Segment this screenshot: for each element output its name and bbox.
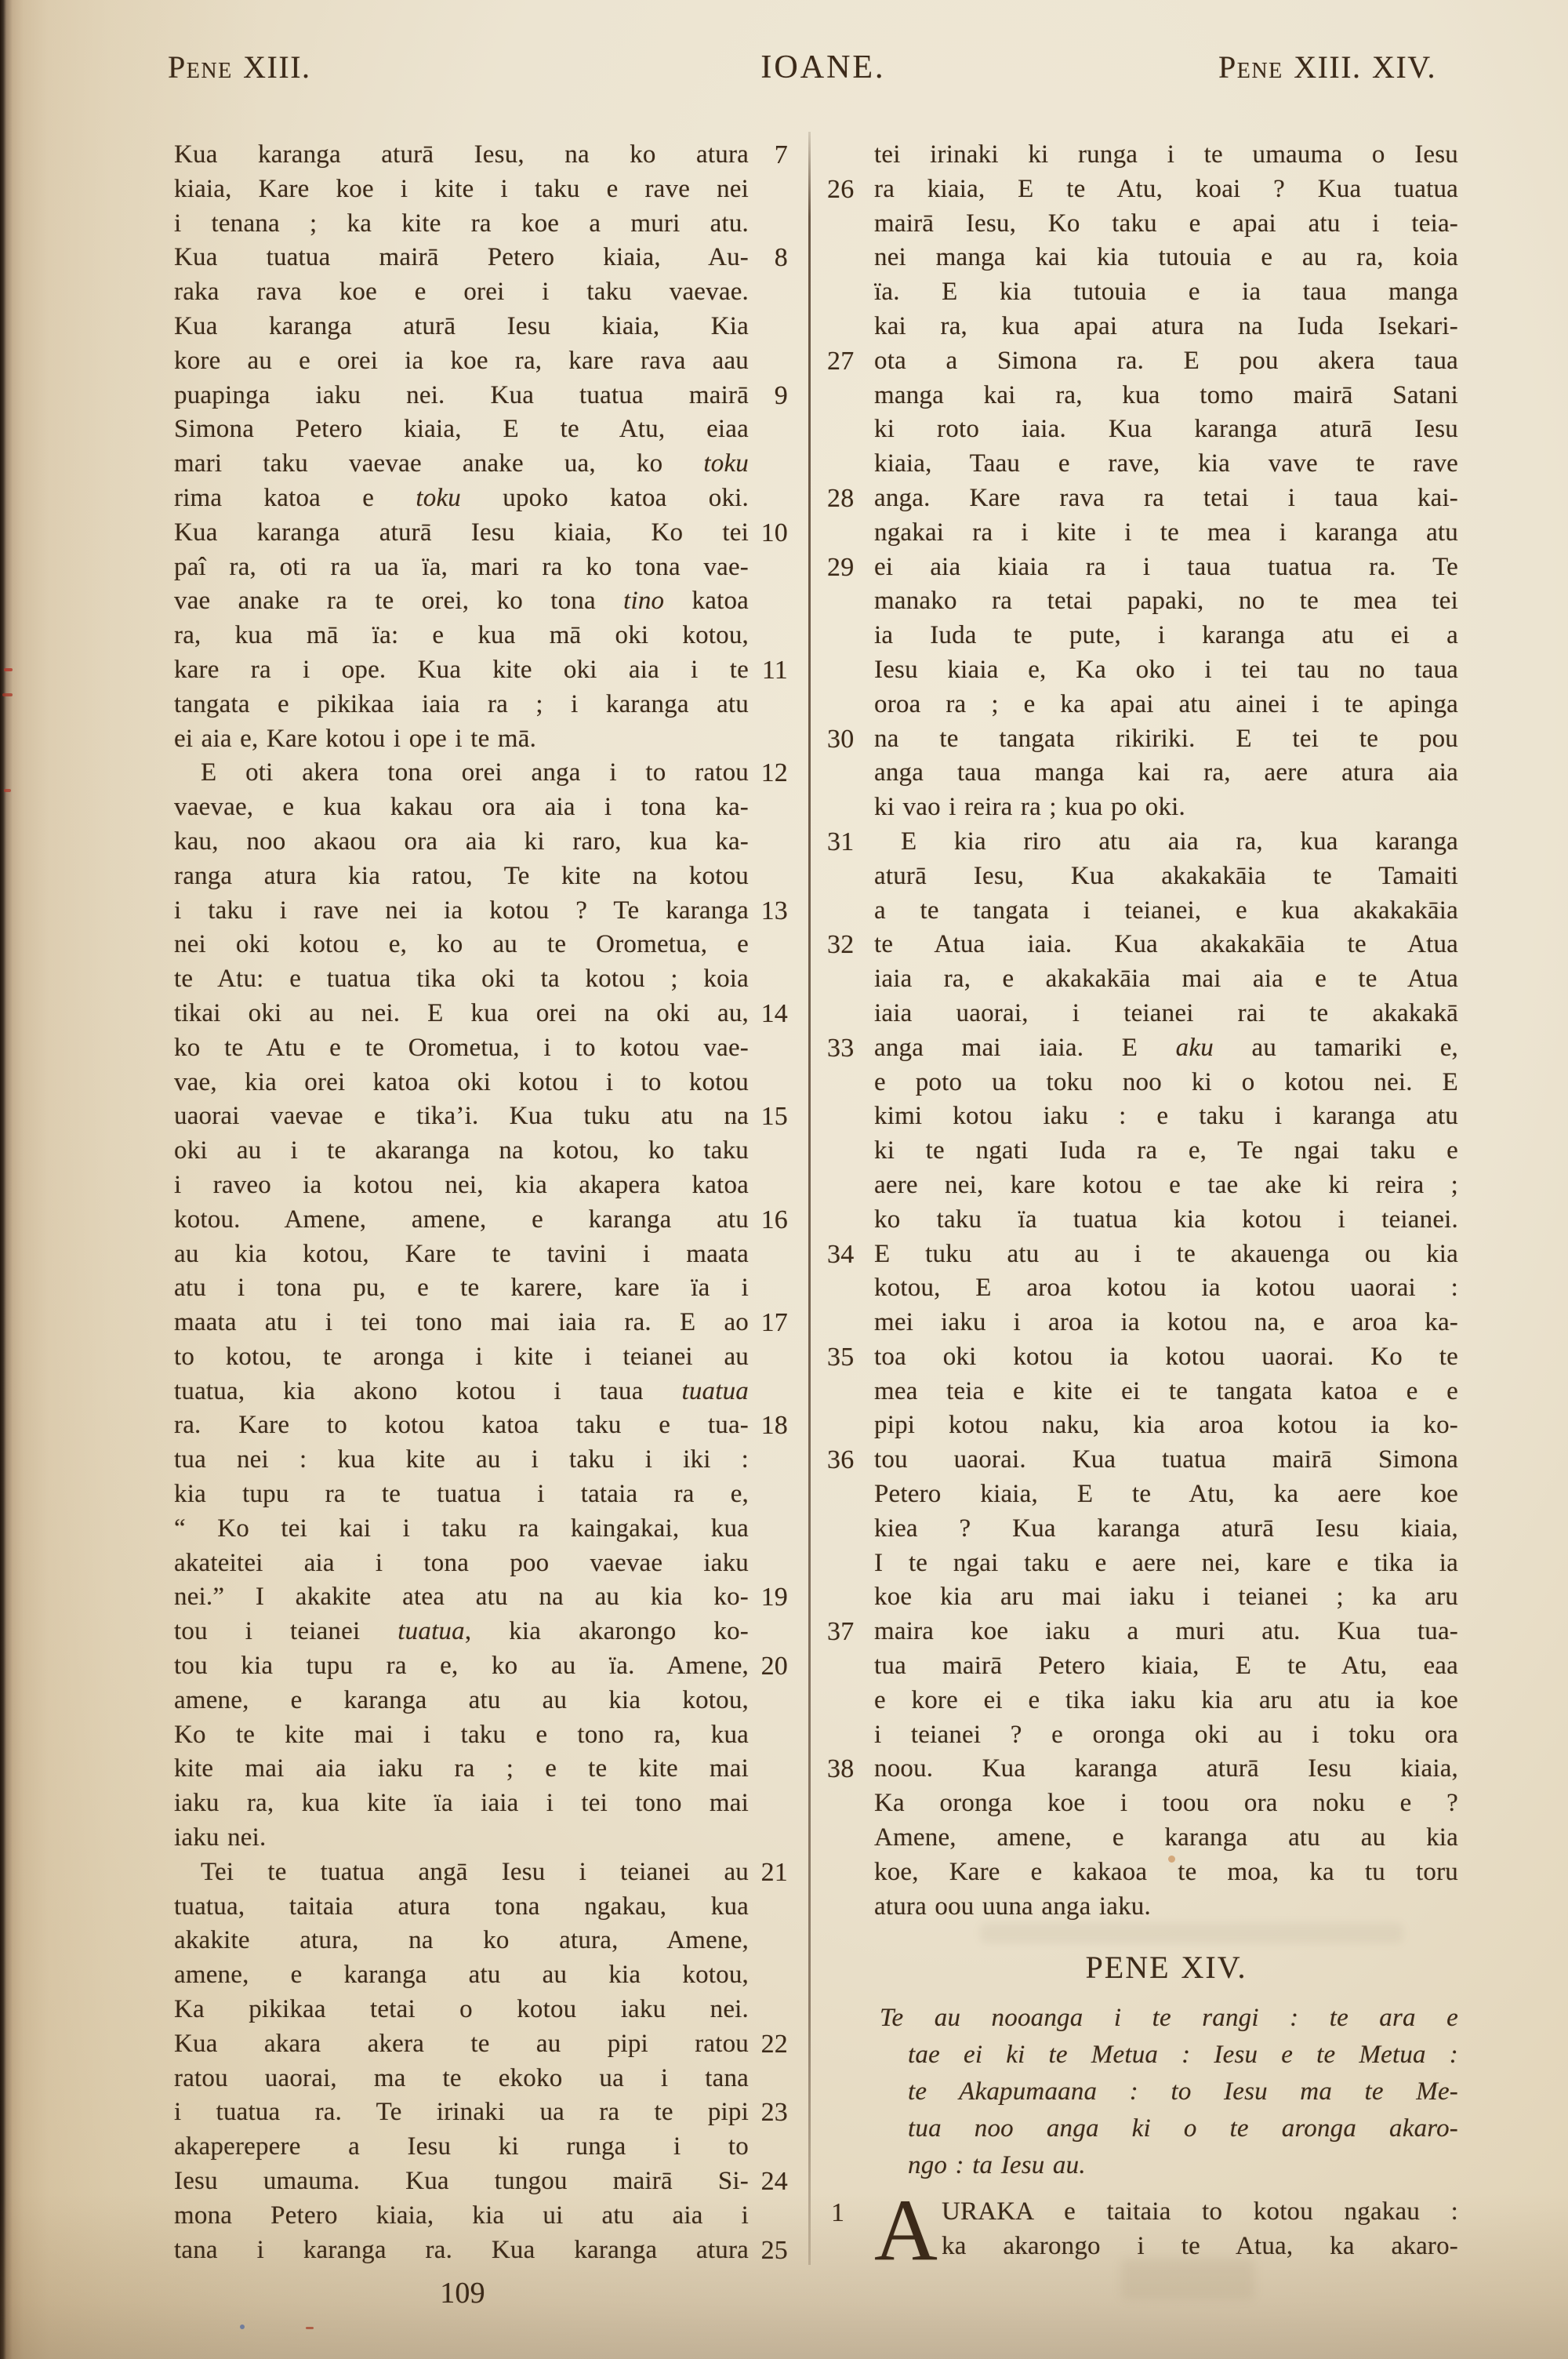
verse-text: te Atu: e tuatua tika oki ta kotou ; koi… [174,962,749,997]
verse-text: mei iaku i aroa ia kotou na, e aroa ka- [874,1306,1458,1340]
verse-line: ki te ngati Iuda ra e, Te ngai taku e [874,1134,1458,1169]
drop-cap: A [874,2197,934,2263]
verse-text: ota a Simona ra. E pou akera taua [874,344,1458,379]
verse-number: 26 [827,173,870,207]
verse-text: manga kai ra, kua tomo mairā Satani [874,379,1458,413]
verse-line: kore au e orei ia koe ra, kare rava aau [174,344,749,379]
verse-text: ki vao i reira ra ; kua po oki. [874,791,1458,825]
verse-text: nei oki kotou e, ko au te Orometua, e [174,928,749,962]
verse-text: ko taku ïa tuatua kia kotou i teianei. [874,1203,1458,1238]
verse-number: 22 [749,2027,788,2062]
verse-text: Tei te tuatua angā Iesu i teianei au [174,1856,749,1890]
verse-line: mea teia e kite ei te tangata katoa e e [874,1375,1458,1409]
page-number: 109 [416,2276,510,2310]
verse-line: “ Ko tei kai i taku ra kaingakai, kua [174,1512,749,1547]
summary-line: tae ei ki te Metua : Iesu e te Metua : [880,2037,1458,2074]
summary-line: te Akapumaana : to Iesu ma te Me- [880,2074,1458,2110]
verse-line: koe, Kare e kakaoa te moa, ka tu toru [874,1856,1458,1890]
verse-text: te Atua iaia. Kua akakakāia te Atua [874,928,1458,962]
verse-line: ki vao i reira ra ; kua po oki. [874,791,1458,825]
verse-text: Kua karanga aturā Iesu kiaia, Kia [174,310,749,344]
verse-line: kiaia, Taau e rave, kia vave te rave [874,447,1458,482]
summary-line: tua noo anga ki o te aronga akaro- [880,2110,1458,2147]
verse-line: i tuatua ra. Te irinaki ua ra te pipi23 [174,2095,749,2130]
verse-number: 37 [827,1615,870,1649]
bleed-through-ghost [1121,2259,1254,2299]
verse-number: 23 [749,2095,788,2130]
verse-text: E tuku atu au i te akauenga ou kia [874,1238,1458,1272]
verse-text: iaia ra, e akakakāia mai aia e te Atua [874,962,1458,997]
verse-text: ko te Atu e te Orometua, i to kotou vae- [174,1031,749,1066]
verse-text: nei manga kai kia tutouia e au ra, koia [874,241,1458,275]
verse-text: atu i tona pu, e te karere, kare ïa i [174,1271,749,1306]
verse-number: 30 [827,722,870,757]
verse-text: anga taua manga kai ra, aere atura aia [874,756,1458,791]
verse-number: 19 [749,1580,788,1615]
chapter-heading: PENE XIV. [874,1949,1458,1986]
verse-line: I te ngai taku e aere nei, kare e tika i… [874,1547,1458,1581]
verse-text: atura oou uuna anga iaku. [874,1890,1458,1925]
verse-line: kiea ? Kua karanga aturā Iesu kiaia, [874,1512,1458,1547]
verse-text: na te tangata rikiriki. E tei te pou [874,722,1458,757]
verse-line: iaku ra, kua kite ïa iaia i tei tono mai [174,1787,749,1821]
verse-line: rima katoa e toku upoko katoa oki. [174,482,749,516]
verse-line: akakite atura, na ko atura, Amene, [174,1924,749,1958]
verse-text: ngakai ra i kite i te mea i karanga atu [874,516,1458,551]
verse-text: Iesu kiaia e, Ka oko i tei tau no taua [874,653,1458,688]
verse-number: 12 [749,756,788,791]
verse-line: E oti akera tona orei anga i to ratou12 [174,756,749,791]
verse-line: tou uaorai. Kua tuatua mairā Simona36 [874,1443,1458,1478]
verse-line: kotou, E aroa kotou ia kotou uaorai : [874,1271,1458,1306]
verse-line: amene, e karanga atu au kia kotou, [174,1958,749,1993]
verse-text: noou. Kua karanga aturā Iesu kiaia, [874,1752,1458,1787]
verse-number: 11 [749,653,788,688]
verse-line: akateitei aia i tona poo vaevae iaku [174,1547,749,1581]
verse-text: koe kia aru mai iaku i teianei ; ka aru [874,1580,1458,1615]
verse-text: oroa ra ; e ka apai atu ainei i te aping… [874,688,1458,722]
verse-text: kau, noo akaou ora aia ki raro, kua ka- [174,825,749,860]
verse-line: iaia uaorai, i teianei rai te akakakā [874,997,1458,1031]
verse-line: ïa. E kia tutouia e ia taua manga [874,275,1458,310]
verse-line: aturā Iesu, Kua akakakāia te Tamaiti [874,860,1458,894]
verse-text: anga. Kare rava ra tetai i taua kai- [874,482,1458,516]
verse-line: oroa ra ; e ka apai atu ainei i te aping… [874,688,1458,722]
verse-number: 7 [749,138,788,173]
verse-text: E kia riro atu aia ra, kua karanga [874,825,1458,860]
verse-number: 17 [749,1306,788,1340]
left-text-column: Kua karanga aturā Iesu, na ko atura7kiai… [174,138,749,2267]
verse-line: anga taua manga kai ra, aere atura aia [874,756,1458,791]
verse-text: oki au i te akaranga na kotou, ko taku [174,1134,749,1169]
verse-line: atura oou uuna anga iaku. [874,1890,1458,1925]
verse-text: tana i karanga ra. Kua karanga atura [174,2234,749,2268]
verse-line: i tenana ; ka kite ra koe a muri atu. [174,207,749,242]
verse-text: tuatua, kia akono kotou i taua tuatua [174,1375,749,1409]
verse-line: Ka pikikaa tetai o kotou iaku nei. [174,1993,749,2027]
verse-line: anga. Kare rava ra tetai i taua kai-28 [874,482,1458,516]
verse-number: 1 [831,2196,844,2230]
verse-text: iaia uaorai, i teianei rai te akakakā [874,997,1458,1031]
red-edge-mark [4,668,13,671]
verse-line: ko te Atu e te Orometua, i to kotou vae- [174,1031,749,1066]
verse-line: ia Iuda te pute, i karanga atu ei a [874,619,1458,653]
verse-line: iaku nei. [174,1821,749,1856]
verse-number: 38 [827,1752,870,1787]
red-edge-mark [4,789,11,792]
verse-text: au kia kotou, Kare te tavini i maata [174,1238,749,1272]
verse-text: ki te ngati Iuda ra e, Te ngai taku e [874,1134,1458,1169]
verse-text: e poto ua toku noo ki o kotou nei. E [874,1066,1458,1100]
verse-text: “ Ko tei kai i taku ra kaingakai, kua [174,1512,749,1547]
verse-line: na te tangata rikiriki. E tei te pou30 [874,722,1458,757]
verse-line: ranga atura kia ratou, Te kite na kotou [174,860,749,894]
verse-line: oki au i te akaranga na kotou, ko taku [174,1134,749,1169]
verse-line: vae, kia orei katoa oki kotou i to kotou [174,1066,749,1100]
verse-line: maira koe iaku a muri atu. Kua tua-37 [874,1615,1458,1649]
verse-number: 8 [749,241,788,275]
verse-number: 25 [749,2234,788,2268]
verse-line: ko taku ïa tuatua kia kotou i teianei. [874,1203,1458,1238]
verse-text: anga mai iaia. E aku au tamariki e, [874,1031,1458,1066]
verse-line: koe kia aru mai iaku i teianei ; ka aru [874,1580,1458,1615]
verse-text: mairā Iesu, Ko taku e apai atu i teia- [874,207,1458,242]
verse-number: 21 [749,1856,788,1890]
verse-text: tei irinaki ki runga i te umauma o Iesu [874,138,1458,173]
verse-line: uaorai vaevae e tika’i. Kua tuku atu na1… [174,1100,749,1134]
verse-text: i taku i rave nei ia kotou ? Te karanga [174,894,749,929]
verse-line: kimi kotou iaku : e taku i karanga atu [874,1100,1458,1134]
verse-text: URAKA e taitaia to kotou ngakau : [942,2194,1458,2229]
verse-line: Tei te tuatua angā Iesu i teianei au21 [174,1856,749,1890]
verse-line: puapinga iaku nei. Kua tuatua mairā9 [174,379,749,413]
verse-line: vae anake ra te orei, ko tona tino katoa [174,584,749,619]
verse-number: 20 [749,1649,788,1684]
verse-line: ei aia kiaia ra i taua tuatua ra. Te29 [874,551,1458,585]
verse-line: tangata e pikikaa iaia ra ; i karanga at… [174,688,749,722]
verse-line: tuatua, taitaia atura tona ngakau, kua [174,1890,749,1925]
verse-line: i taku i rave nei ia kotou ? Te karanga1… [174,894,749,929]
verse-text: Kua karanga aturā Iesu kiaia, Ko tei [174,516,749,551]
verse-line: kai ra, kua apai atura na Iuda Isekari- [874,310,1458,344]
ink-speck [240,2324,245,2329]
verse-text: akakite atura, na ko atura, Amene, [174,1924,749,1958]
verse-text: Iesu umauma. Kua tungou mairā Si- [174,2165,749,2199]
verse-text: Simona Petero kiaia, E te Atu, eiaa [174,413,749,447]
verse-line: E kia riro atu aia ra, kua karanga31 [874,825,1458,860]
verse-text: Petero kiaia, E te Atu, ka aere koe [874,1478,1458,1512]
verse-line: Kua akara akera te au pipi ratou22 [174,2027,749,2062]
verse-line: ei aia e, Kare kotou i ope i te mā. [174,722,749,757]
verse-line: to kotou, te aronga i kite i teianei au [174,1340,749,1375]
verse-line: kia tupu ra te tuatua i tataia ra e, [174,1478,749,1512]
verse-text: Kua tuatua mairā Petero kiaia, Au- [174,241,749,275]
verse-line: ra, kua mā ïa: e kua mā oki kotou, [174,619,749,653]
verse-line: Kua tuatua mairā Petero kiaia, Au-8 [174,241,749,275]
verse-line: paî ra, oti ra ua ïa, mari ra ko tona va… [174,551,749,585]
verse-line: amene, e karanga atu au kia kotou, [174,1684,749,1718]
verse-text: vaevae, e kua kakau ora aia i tona ka- [174,791,749,825]
verse-line: ra kiaia, E te Atu, koai ? Kua tuatua26 [874,173,1458,207]
verse-line: Ko te kite mai i taku e tono ra, kua [174,1718,749,1753]
verse-line: te Atu: e tuatua tika oki ta kotou ; koi… [174,962,749,997]
verse-line: Iesu kiaia e, Ka oko i tei tau no taua [874,653,1458,688]
verse-number: 18 [749,1408,788,1443]
verse-text: i raveo ia kotou nei, kia akapera katoa [174,1169,749,1203]
verse-text: kite mai aia iaku ra ; e te kite mai [174,1752,749,1787]
summary-line: Te au nooanga i te rangi : te ara e [880,2000,1458,2037]
verse-line: E tuku atu au i te akauenga ou kia34 [874,1238,1458,1272]
summary-line: ngo : ta Iesu au. [880,2147,1458,2184]
verse-line: tua mairā Petero kiaia, E te Atu, eaa [874,1649,1458,1684]
verse-number: 33 [827,1031,870,1066]
verse-text: Ka pikikaa tetai o kotou iaku nei. [174,1993,749,2027]
verse-line: tua nei : kua kite au i taku i iki : [174,1443,749,1478]
verse-text: tangata e pikikaa iaia ra ; i karanga at… [174,688,749,722]
verse-text: amene, e karanga atu au kia kotou, [174,1684,749,1718]
verse-number: 31 [827,825,870,860]
verse-line: ratou uaorai, ma te ekoko ua i tana [174,2062,749,2096]
verse-text: Kua akara akera te au pipi ratou [174,2027,749,2062]
header-chapter-left: Pene XIII. [168,49,311,85]
verse-number: 10 [749,516,788,551]
verse-text: e kore ei e tika iaku kia aru atu ia koe [874,1684,1458,1718]
verse-text: uaorai vaevae e tika’i. Kua tuku atu na [174,1100,749,1134]
header-book-title: IOANE. [706,49,941,86]
verse-text: tua mairā Petero kiaia, E te Atu, eaa [874,1649,1458,1684]
verse-line: Iesu umauma. Kua tungou mairā Si-24 [174,2165,749,2199]
verse-text: kotou, E aroa kotou ia kotou uaorai : [874,1271,1458,1306]
verse-line: tou i teianei tuatua, kia akarongo ko- [174,1615,749,1649]
verse-line: mei iaku i aroa ia kotou na, e aroa ka- [874,1306,1458,1340]
verse-line: kare ra i ope. Kua kite oki aia i te11 [174,653,749,688]
verse-line: vaevae, e kua kakau ora aia i tona ka- [174,791,749,825]
verse-text: aturā Iesu, Kua akakakāia te Tamaiti [874,860,1458,894]
verse-line: mairā Iesu, Ko taku e apai atu i teia- [874,207,1458,242]
verse-line: nei.” I akakite atea atu na au kia ko-19 [174,1580,749,1615]
verse-line: kiaia, Kare koe i kite i taku e rave nei [174,173,749,207]
verse-text: kia tupu ra te tuatua i tataia ra e, [174,1478,749,1512]
chapter-summary: Te au nooanga i te rangi : te ara etae e… [880,2000,1458,2184]
verse-text: kiea ? Kua karanga aturā Iesu kiaia, [874,1512,1458,1547]
verse-line: Petero kiaia, E te Atu, ka aere koe [874,1478,1458,1512]
verse-text: tou uaorai. Kua tuatua mairā Simona [874,1443,1458,1478]
ink-speck [306,2327,314,2329]
verse-text: ei aia kiaia ra i taua tuatua ra. Te [874,551,1458,585]
verse-line: tei irinaki ki runga i te umauma o Iesu [874,138,1458,173]
verse-text: tuatua, taitaia atura tona ngakau, kua [174,1890,749,1925]
verse-text: tou i teianei tuatua, kia akarongo ko- [174,1615,749,1649]
verse-number: 34 [827,1238,870,1272]
verse-text: ei aia e, Kare kotou i ope i te mā. [174,722,749,757]
verse-number: 14 [749,997,788,1031]
verse-number: 24 [749,2165,788,2199]
verse-text: ra kiaia, E te Atu, koai ? Kua tuatua [874,173,1458,207]
verse-line: ota a Simona ra. E pou akera taua27 [874,344,1458,379]
verse-text: vae, kia orei katoa oki kotou i to kotou [174,1066,749,1100]
paper-stain [1168,1856,1175,1863]
verse-text: kotou. Amene, amene, e karanga atu [174,1203,749,1238]
verse-text: to kotou, te aronga i kite i teianei au [174,1340,749,1375]
verse-line: maata atu i tei tono mai iaia ra. E ao17 [174,1306,749,1340]
verse-line: raka rava koe e orei i taku vaevae. [174,275,749,310]
verse-text: toa oki kotou ia kotou uaorai. Ko te [874,1340,1458,1375]
verse-text: Ka oronga koe i toou ora noku e ? [874,1787,1458,1821]
column-divider-rule [808,132,811,2265]
verse-line: tuatua, kia akono kotou i taua tuatua [174,1375,749,1409]
verse-line: manako ra tetai papaki, no te mea tei [874,584,1458,619]
verse-line: noou. Kua karanga aturā Iesu kiaia,38 [874,1752,1458,1787]
verse-line: mona Petero kiaia, kia ui atu aia i [174,2199,749,2234]
verse-line: aere nei, kare kotou e tae ake ki reira … [874,1169,1458,1203]
verse-line: kau, noo akaou ora aia ki raro, kua ka- [174,825,749,860]
verse-line: e kore ei e tika iaku kia aru atu ia koe [874,1684,1458,1718]
verse-text: pipi kotou naku, kia aroa kotou ia ko- [874,1408,1458,1443]
book-page: Pene XIII. IOANE. Pene XIII. XIV. Kua ka… [0,0,1568,2359]
verse-text: i tuatua ra. Te irinaki ua ra te pipi [174,2095,749,2130]
verse-text: ïa. E kia tutouia e ia taua manga [874,275,1458,310]
verse-line: i teianei ? e oronga oki au i toku ora [874,1718,1458,1753]
verse-line: e poto ua toku noo ki o kotou nei. E [874,1066,1458,1100]
verse-line: iaia ra, e akakakāia mai aia e te Atua [874,962,1458,997]
verse-text: paî ra, oti ra ua ïa, mari ra ko tona va… [174,551,749,585]
verse-text: mari taku vaevae anake ua, ko toku [174,447,749,482]
verse-line: nei manga kai kia tutouia e au ra, koia [874,241,1458,275]
verse-text: tikai oki au nei. E kua orei na oki au, [174,997,749,1031]
verse-text: i teianei ? e oronga oki au i toku ora [874,1718,1458,1753]
verse-number: 27 [827,344,870,379]
verse-line: tikai oki au nei. E kua orei na oki au,1… [174,997,749,1031]
verse-line: Amene, amene, e karanga atu au kia [874,1821,1458,1856]
verse-line: akaperepere a Iesu ki runga i to [174,2130,749,2165]
verse-text: ra. Kare to kotou katoa taku e tua- [174,1408,749,1443]
verse-line: au kia kotou, Kare te tavini i maata [174,1238,749,1272]
verse-line: atu i tona pu, e te karere, kare ïa i [174,1271,749,1306]
verse-text: E oti akera tona orei anga i to ratou [174,756,749,791]
verse-text: tua nei : kua kite au i taku i iki : [174,1443,749,1478]
verse-text: koe, Kare e kakaoa te moa, ka tu toru [874,1856,1458,1890]
verse-text: manako ra tetai papaki, no te mea tei [874,584,1458,619]
verse-text: i tenana ; ka kite ra koe a muri atu. [174,207,749,242]
verse-text: vae anake ra te orei, ko tona tino katoa [174,584,749,619]
verse-number: 29 [827,551,870,585]
verse-text: puapinga iaku nei. Kua tuatua mairā [174,379,749,413]
verse-number: 9 [749,379,788,413]
verse-text: maata atu i tei tono mai iaia ra. E ao [174,1306,749,1340]
verse-line: anga mai iaia. E aku au tamariki e,33 [874,1031,1458,1066]
verse-line: nei oki kotou e, ko au te Orometua, e [174,928,749,962]
verse-text: maira koe iaku a muri atu. Kua tua- [874,1615,1458,1649]
verse-text: a te tangata i teianei, e kua akakakāia [874,894,1458,929]
verse-line: mari taku vaevae anake ua, ko toku [174,447,749,482]
right-text-column: tei irinaki ki runga i te umauma o Iesur… [874,138,1458,1924]
verse-line: kite mai aia iaku ra ; e te kite mai [174,1752,749,1787]
verse-text: kare ra i ope. Kua kite oki aia i te [174,653,749,688]
header-chapter-right: Pene XIII. XIV. [1098,49,1436,85]
verse-text: kore au e orei ia koe ra, kare rava aau [174,344,749,379]
verse-number: 16 [749,1203,788,1238]
verse-text: aere nei, kare kotou e tae ake ki reira … [874,1169,1458,1203]
verse-text: ranga atura kia ratou, Te kite na kotou [174,860,749,894]
verse-text: Ko te kite mai i taku e tono ra, kua [174,1718,749,1753]
verse-text: tou kia tupu ra e, ko au ïa. Amene, [174,1649,749,1684]
verse-number: 28 [827,482,870,516]
verse-text: ratou uaorai, ma te ekoko ua i tana [174,2062,749,2096]
verse-line: kotou. Amene, amene, e karanga atu16 [174,1203,749,1238]
verse-number: 35 [827,1340,870,1375]
verse-text: Kua karanga aturā Iesu, na ko atura [174,138,749,173]
verse-text: mona Petero kiaia, kia ui atu aia i [174,2199,749,2234]
verse-text: I te ngai taku e aere nei, kare e tika i… [874,1547,1458,1581]
verse-line: a te tangata i teianei, e kua akakakāia [874,894,1458,929]
verse-text: ra, kua mā ïa: e kua mā oki kotou, [174,619,749,653]
verse-text: kimi kotou iaku : e taku i karanga atu [874,1100,1458,1134]
verse-text: ia Iuda te pute, i karanga atu ei a [874,619,1458,653]
verse-number: 32 [827,928,870,962]
verse-line: Kua karanga aturā Iesu, na ko atura7 [174,138,749,173]
verse-line: Ka oronga koe i toou ora noku e ? [874,1787,1458,1821]
verse-line: ra. Kare to kotou katoa taku e tua-18 [174,1408,749,1443]
verse-text: Amene, amene, e karanga atu au kia [874,1821,1458,1856]
verse-text: akaperepere a Iesu ki runga i to [174,2130,749,2165]
red-edge-mark [2,693,13,696]
verse-line: manga kai ra, kua tomo mairā Satani [874,379,1458,413]
verse-text: amene, e karanga atu au kia kotou, [174,1958,749,1993]
verse-text: raka rava koe e orei i taku vaevae. [174,275,749,310]
verse-line: i raveo ia kotou nei, kia akapera katoa [174,1169,749,1203]
verse-line: toa oki kotou ia kotou uaorai. Ko te35 [874,1340,1458,1375]
verse-text: kiaia, Kare koe i kite i taku e rave nei [174,173,749,207]
verse-line: Kua karanga aturā Iesu kiaia, Ko tei10 [174,516,749,551]
verse-number: 36 [827,1443,870,1478]
verse-text: mea teia e kite ei te tangata katoa e e [874,1375,1458,1409]
verse-text: kiaia, Taau e rave, kia vave te rave [874,447,1458,482]
verse-number: 15 [749,1100,788,1134]
verse-line: tou kia tupu ra e, ko au ïa. Amene,20 [174,1649,749,1684]
verse-line: Kua karanga aturā Iesu kiaia, Kia [174,310,749,344]
verse-line: te Atua iaia. Kua akakakāia te Atua32 [874,928,1458,962]
verse-line: ki roto iaia. Kua karanga aturā Iesu [874,413,1458,447]
chapter-first-verse: 1 A URAKA e taitaia to kotou ngakau : ka… [874,2194,1458,2263]
verse-text: iaku nei. [174,1821,749,1856]
verse-text: rima katoa e toku upoko katoa oki. [174,482,749,516]
verse-text: akateitei aia i tona poo vaevae iaku [174,1547,749,1581]
verse-line: ngakai ra i kite i te mea i karanga atu [874,516,1458,551]
verse-text: iaku ra, kua kite ïa iaia i tei tono mai [174,1787,749,1821]
verse-line: Simona Petero kiaia, E te Atu, eiaa [174,413,749,447]
verse-text: nei.” I akakite atea atu na au kia ko- [174,1580,749,1615]
bleed-through-ghost [980,1923,1403,1943]
verse-text: kai ra, kua apai atura na Iuda Isekari- [874,310,1458,344]
verse-text: ki roto iaia. Kua karanga aturā Iesu [874,413,1458,447]
verse-number: 13 [749,894,788,929]
verse-line: pipi kotou naku, kia aroa kotou ia ko- [874,1408,1458,1443]
verse-line: tana i karanga ra. Kua karanga atura25 [174,2234,749,2268]
